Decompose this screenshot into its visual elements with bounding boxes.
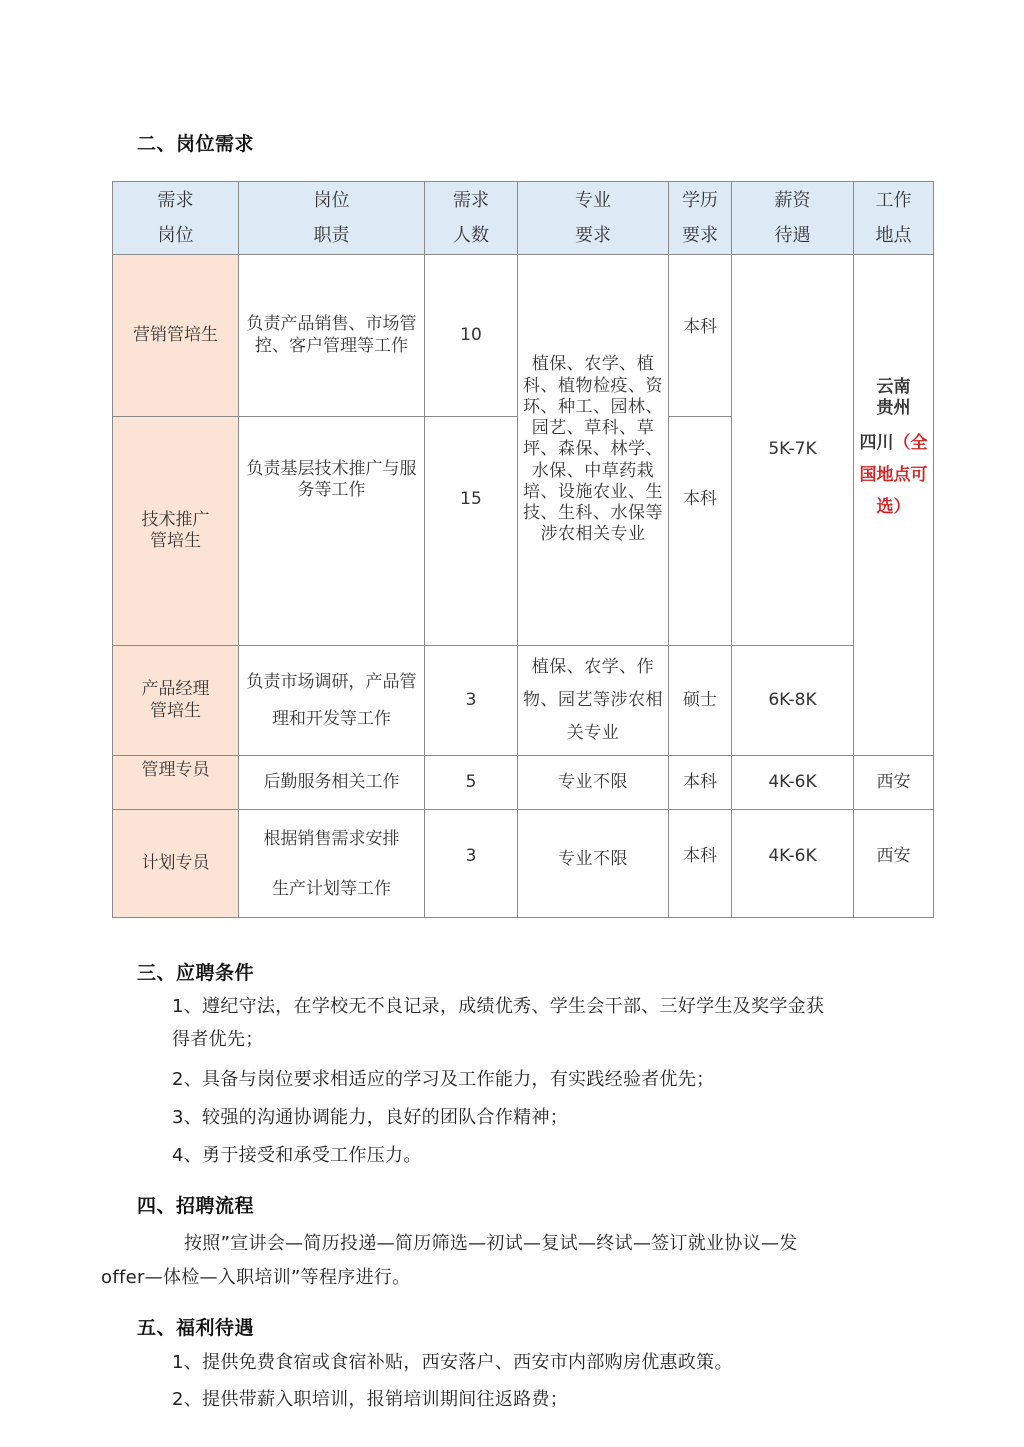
duty-cell: 根据销售需求安排生产计划等工作: [239, 810, 425, 918]
table-row: 管理专员 后勤服务相关工作 5 专业不限 本科 4K-6K 西安: [113, 756, 934, 810]
requirement-item-4: 4、勇于接受和承受工作压力。: [172, 1139, 422, 1172]
salary-cell: 6K-8K: [732, 646, 854, 756]
section-title-job-requirements: 二、岗位需求: [137, 129, 254, 156]
process-text-line1: 按照”宣讲会—简历投递—简历筛选—初试—复试—终试—签订就业协议—发: [184, 1227, 798, 1260]
job-requirements-table: 需求岗位 岗位职责 需求人数 专业要求 学历要求 薪资待遇 工作地点 营销管培生…: [112, 181, 934, 918]
header-duty: 岗位职责: [239, 182, 425, 255]
benefit-item-2: 2、提供带薪入职培训，报销培训期间往返路费；: [172, 1383, 568, 1416]
position-cell: 营销管培生: [113, 255, 239, 417]
education-cell: 本科: [669, 810, 732, 918]
major-cell: 专业不限: [518, 810, 669, 918]
table-header-row: 需求岗位 岗位职责 需求人数 专业要求 学历要求 薪资待遇 工作地点: [113, 182, 934, 255]
table-row: 营销管培生 负责产品销售、市场管控、客户管理等工作 10 植保、农学、植科、植物…: [113, 255, 934, 417]
requirement-item-1: 1、遵纪守法，在学校无不良记录，成绩优秀、学生会干部、三好学生及奖学金获: [172, 990, 824, 1023]
count-cell: 15: [425, 417, 518, 646]
position-cell: 计划专员: [113, 810, 239, 918]
duty-cell: 后勤服务相关工作: [239, 756, 425, 810]
section-title-benefits: 五、福利待遇: [137, 1313, 254, 1340]
header-major: 专业要求: [518, 182, 669, 255]
header-count: 需求人数: [425, 182, 518, 255]
major-cell: 植保、农学、作物、园艺等涉农相关专业: [518, 646, 669, 756]
position-cell: 产品经理管培生: [113, 646, 239, 756]
position-cell: 管理专员: [113, 756, 239, 810]
location-yunnan: 云南: [854, 377, 933, 398]
education-cell: 硕士: [669, 646, 732, 756]
benefit-item-1: 1、提供免费食宿或食宿补贴，西安落户、西安市内部购房优惠政策。: [172, 1346, 733, 1379]
location-sichuan: 四川（全国地点可选）: [854, 427, 933, 523]
requirement-item-1-cont: 得者优先；: [172, 1023, 264, 1056]
location-cell: 西安: [854, 810, 934, 918]
count-cell: 5: [425, 756, 518, 810]
process-text-line2: offer—体检—入职培训”等程序进行。: [101, 1261, 411, 1294]
major-cell-merged: 植保、农学、植科、植物检疫、资环、种工、园林、园艺、草科、草坪、森保、林学、水保…: [518, 255, 669, 646]
duty-cell: 负责产品销售、市场管控、客户管理等工作: [239, 255, 425, 417]
requirement-item-3: 3、较强的沟通协调能力，良好的团队合作精神；: [172, 1101, 568, 1134]
count-cell: 10: [425, 255, 518, 417]
header-salary: 薪资待遇: [732, 182, 854, 255]
count-cell: 3: [425, 646, 518, 756]
location-cell: 西安: [854, 756, 934, 810]
education-cell: 本科: [669, 756, 732, 810]
duty-cell: 负责基层技术推广与服务等工作: [239, 417, 425, 646]
table-row: 计划专员 根据销售需求安排生产计划等工作 3 专业不限 本科 4K-6K 西安: [113, 810, 934, 918]
header-position: 需求岗位: [113, 182, 239, 255]
location-cell-merged: 云南 贵州 四川（全国地点可选）: [854, 255, 934, 756]
major-cell: 专业不限: [518, 756, 669, 810]
count-cell: 3: [425, 810, 518, 918]
header-education: 学历要求: [669, 182, 732, 255]
position-cell: 技术推广管培生: [113, 417, 239, 646]
table-row: 产品经理管培生 负责市场调研，产品管理和开发等工作 3 植保、农学、作物、园艺等…: [113, 646, 934, 756]
section-title-process: 四、招聘流程: [137, 1191, 254, 1218]
education-cell: 本科: [669, 255, 732, 417]
header-location: 工作地点: [854, 182, 934, 255]
requirement-item-2: 2、具备与岗位要求相适应的学习及工作能力，有实践经验者优先；: [172, 1063, 714, 1096]
section-title-requirements: 三、应聘条件: [137, 958, 254, 985]
salary-cell: 4K-6K: [732, 756, 854, 810]
location-guizhou: 贵州: [854, 398, 933, 419]
salary-cell: 4K-6K: [732, 810, 854, 918]
duty-cell: 负责市场调研，产品管理和开发等工作: [239, 646, 425, 756]
education-cell: 本科: [669, 417, 732, 646]
salary-cell-merged: 5K-7K: [732, 255, 854, 646]
